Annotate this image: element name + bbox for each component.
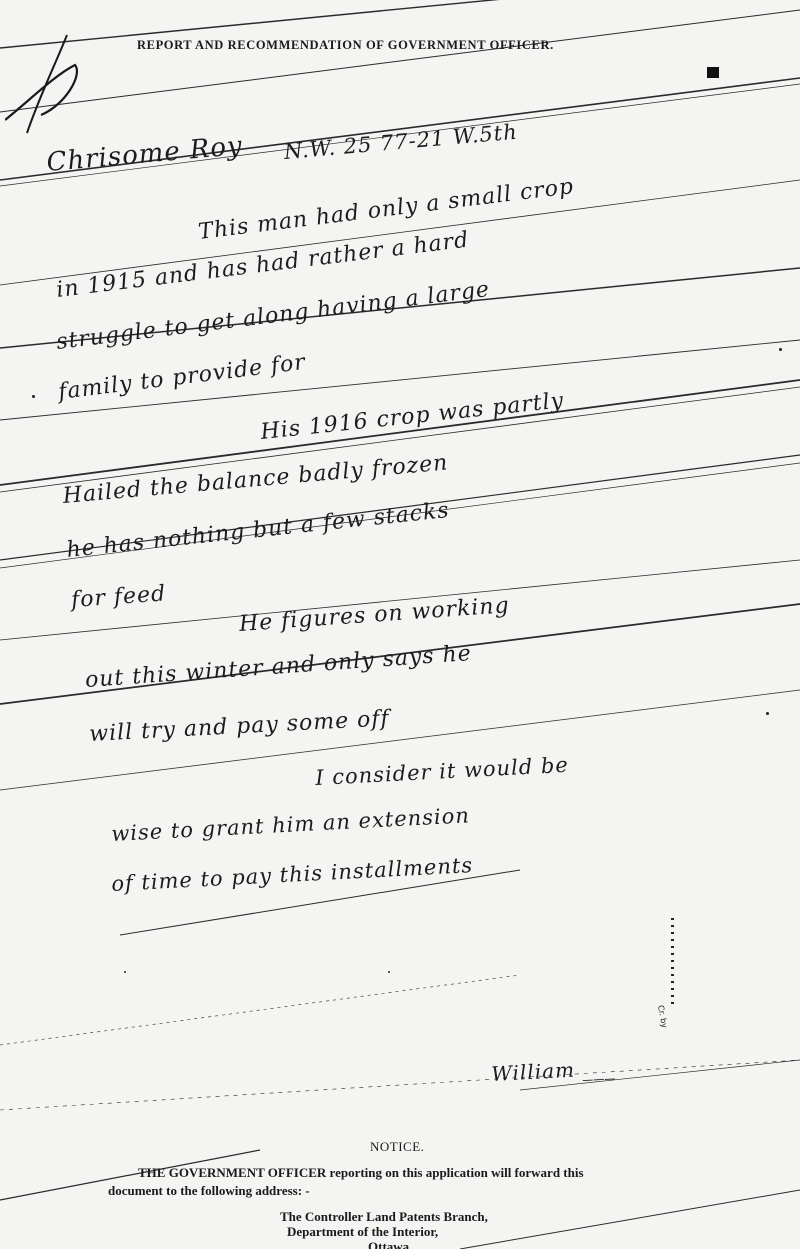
scan-speck <box>32 395 35 398</box>
scan-speck <box>388 971 390 973</box>
address-line: Ottawa. <box>368 1239 412 1249</box>
scan-speck <box>124 971 126 973</box>
scanned-document-page: REPORT AND RECOMMENDATION OF GOVERNMENT … <box>0 0 800 1249</box>
initials-mark-icon <box>5 15 85 135</box>
scan-speck <box>766 712 769 715</box>
address-line: The Controller Land Patents Branch, <box>280 1209 488 1225</box>
notice-body-line: THE GOVERNMENT OFFICER reporting on this… <box>138 1165 584 1181</box>
notice-title: NOTICE. <box>370 1139 424 1155</box>
notice-body-line: document to the following address: - <box>108 1183 310 1199</box>
registration-mark <box>707 67 719 78</box>
address-line: Department of the Interior, <box>287 1224 438 1240</box>
dotted-margin-line <box>671 918 674 1008</box>
scan-speck <box>779 348 782 351</box>
form-title: REPORT AND RECOMMENDATION OF GOVERNMENT … <box>137 38 554 53</box>
